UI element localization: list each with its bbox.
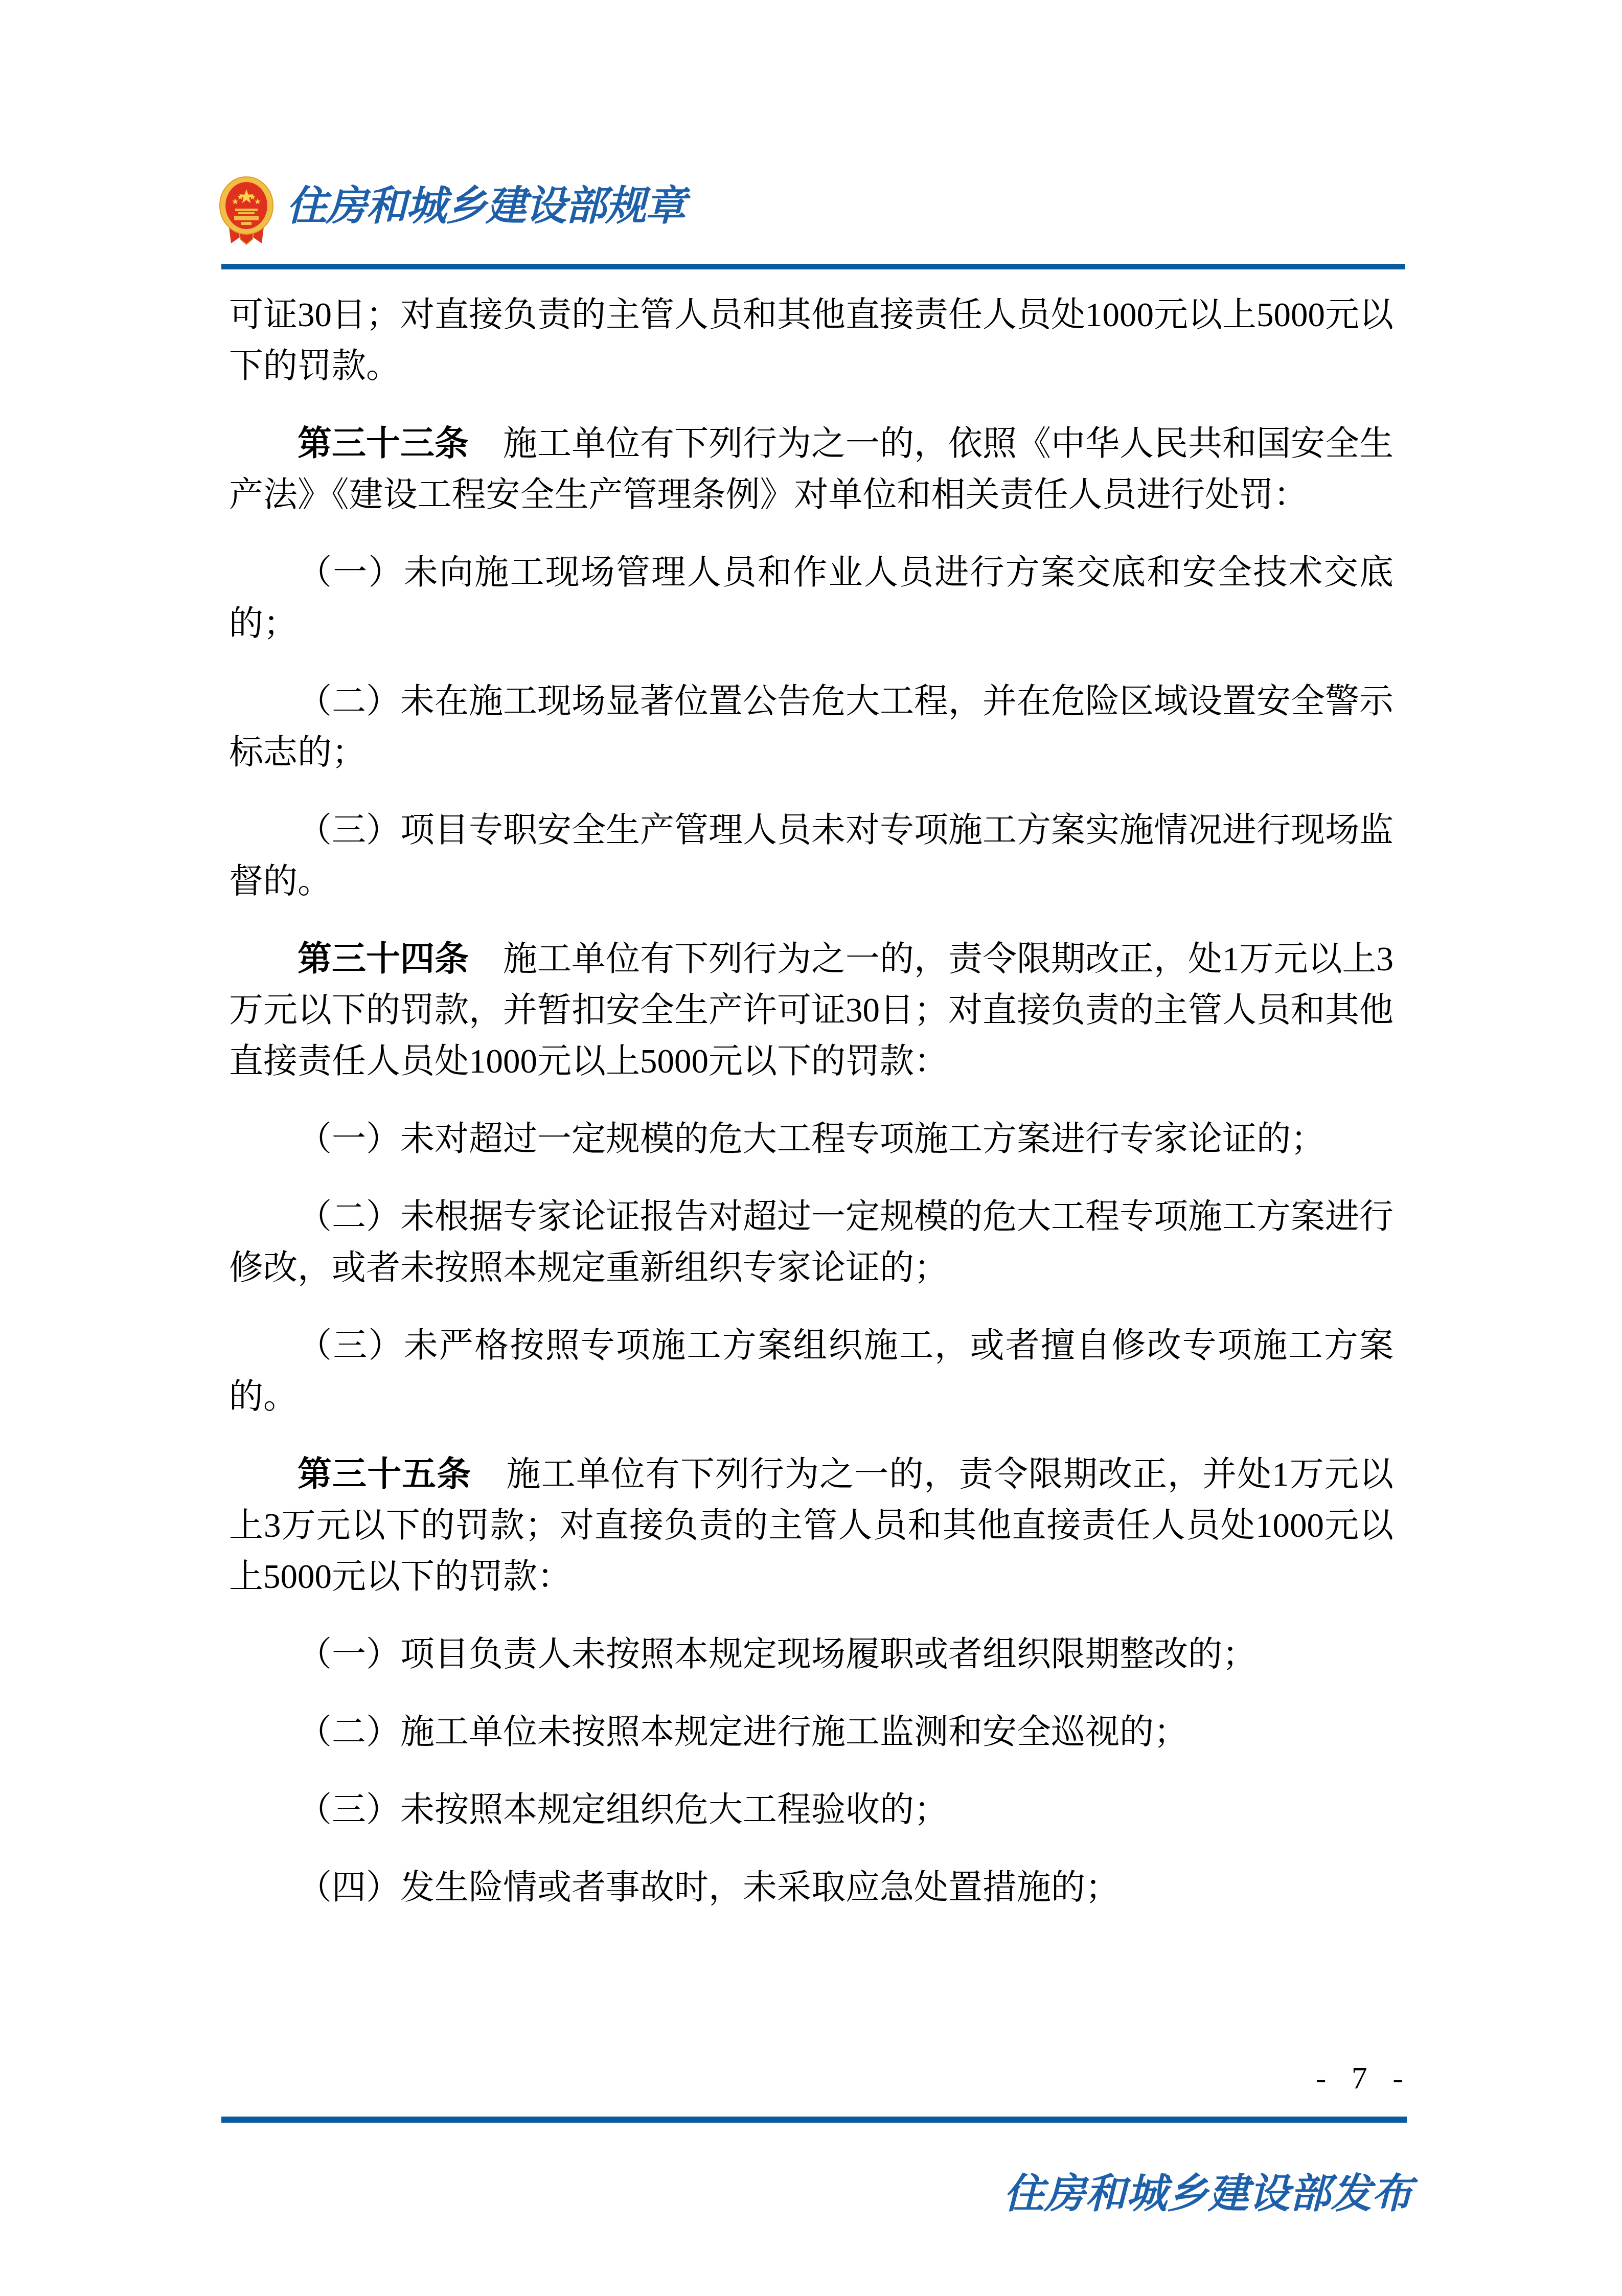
text-line: 督的。 xyxy=(229,856,1393,907)
text-line: （三）项目专职安全生产管理人员未对专项施工方案实施情况进行现场监 xyxy=(229,805,1393,856)
article-number: 第三十五条 xyxy=(298,1455,471,1493)
paragraph: （三）未严格按照专项施工方案组织施工，或者擅自修改专项施工方案的。 xyxy=(229,1320,1393,1422)
article-number: 第三十三条 xyxy=(298,424,469,463)
text-line: （一）未向施工现场管理人员和作业人员进行方案交底和安全技术交底 xyxy=(229,547,1393,598)
text-line: 可证30日；对直接负责的主管人员和其他直接责任人员处1000元以上5000元以 xyxy=(229,289,1393,340)
document-body: 可证30日；对直接负责的主管人员和其他直接责任人员处1000元以上5000元以下… xyxy=(229,289,1393,1913)
paragraph: （二）未根据专家论证报告对超过一定规模的危大工程专项施工方案进行修改，或者未按照… xyxy=(229,1191,1393,1293)
page-number: - 7 - xyxy=(221,2059,1405,2097)
text-line: 产法》《建设工程安全生产管理条例》对单位和相关责任人员进行处罚： xyxy=(229,469,1393,520)
text-line: 上3万元以下的罚款；对直接负责的主管人员和其他直接责任人员处1000元以 xyxy=(229,1500,1393,1551)
paragraph: 第三十四条 施工单位有下列行为之一的，责令限期改正，处1万元以上3万元以下的罚款… xyxy=(229,934,1393,1087)
text-line: （二）未在施工现场显著位置公告危大工程，并在危险区域设置安全警示 xyxy=(229,676,1393,727)
text-line: 的； xyxy=(229,598,1393,649)
text-line: 修改，或者未按照本规定重新组织专家论证的； xyxy=(229,1242,1393,1293)
document-type-title: 住房和城乡建设部规章 xyxy=(286,184,685,229)
paragraph: （四）发生险情或者事故时，未采取应急处置措施的； xyxy=(229,1862,1393,1913)
national-emblem-icon xyxy=(218,176,275,246)
paragraph: （二）施工单位未按照本规定进行施工监测和安全巡视的； xyxy=(229,1707,1393,1758)
text-line: （二）未根据专家论证报告对超过一定规模的危大工程专项施工方案进行 xyxy=(229,1191,1393,1242)
text-line: （一）未对超过一定规模的危大工程专项施工方案进行专家论证的； xyxy=(229,1113,1393,1165)
paragraph: 可证30日；对直接负责的主管人员和其他直接责任人员处1000元以上5000元以下… xyxy=(229,289,1393,392)
paragraph: 第三十五条 施工单位有下列行为之一的，责令限期改正，并处1万元以上3万元以下的罚… xyxy=(229,1449,1393,1602)
paragraph: 第三十三条 施工单位有下列行为之一的，依照《中华人民共和国安全生产法》《建设工程… xyxy=(229,418,1393,520)
paragraph: （一）未向施工现场管理人员和作业人员进行方案交底和安全技术交底的； xyxy=(229,547,1393,649)
document-page: 住房和城乡建设部规章 可证30日；对直接负责的主管人员和其他直接责任人员处100… xyxy=(0,0,1622,2296)
text-line: （三）未按照本规定组织危大工程验收的； xyxy=(229,1784,1393,1835)
text-line: 第三十三条 施工单位有下列行为之一的，依照《中华人民共和国安全生 xyxy=(229,418,1393,469)
paragraph: （三）未按照本规定组织危大工程验收的； xyxy=(229,1784,1393,1835)
article-number: 第三十四条 xyxy=(298,940,469,978)
text-line: （二）施工单位未按照本规定进行施工监测和安全巡视的； xyxy=(229,1707,1393,1758)
text-line: （三）未严格按照专项施工方案组织施工，或者擅自修改专项施工方案 xyxy=(229,1320,1393,1371)
text-line: 的。 xyxy=(229,1371,1393,1422)
text-line: （一）项目负责人未按照本规定现场履职或者组织限期整改的； xyxy=(229,1629,1393,1680)
footer-divider xyxy=(221,2117,1407,2123)
paragraph: （二）未在施工现场显著位置公告危大工程，并在危险区域设置安全警示标志的； xyxy=(229,676,1393,778)
text-line: 万元以下的罚款，并暂扣安全生产许可证30日；对直接负责的主管人员和其他 xyxy=(229,985,1393,1036)
publisher-label: 住房和城乡建设部发布 xyxy=(221,2168,1412,2221)
paragraph: （三）项目专职安全生产管理人员未对专项施工方案实施情况进行现场监督的。 xyxy=(229,805,1393,907)
text-line: 下的罚款。 xyxy=(229,340,1393,392)
text-line: 标志的； xyxy=(229,727,1393,778)
header-divider xyxy=(221,264,1405,269)
text-line: 上5000元以下的罚款： xyxy=(229,1551,1393,1602)
paragraph: （一）项目负责人未按照本规定现场履职或者组织限期整改的； xyxy=(229,1629,1393,1680)
text-line: （四）发生险情或者事故时，未采取应急处置措施的； xyxy=(229,1862,1393,1913)
text-line: 直接责任人员处1000元以上5000元以下的罚款： xyxy=(229,1036,1393,1087)
text-line: 第三十四条 施工单位有下列行为之一的，责令限期改正，处1万元以上3 xyxy=(229,934,1393,985)
text-line: 第三十五条 施工单位有下列行为之一的，责令限期改正，并处1万元以 xyxy=(229,1449,1393,1500)
paragraph: （一）未对超过一定规模的危大工程专项施工方案进行专家论证的； xyxy=(229,1113,1393,1165)
